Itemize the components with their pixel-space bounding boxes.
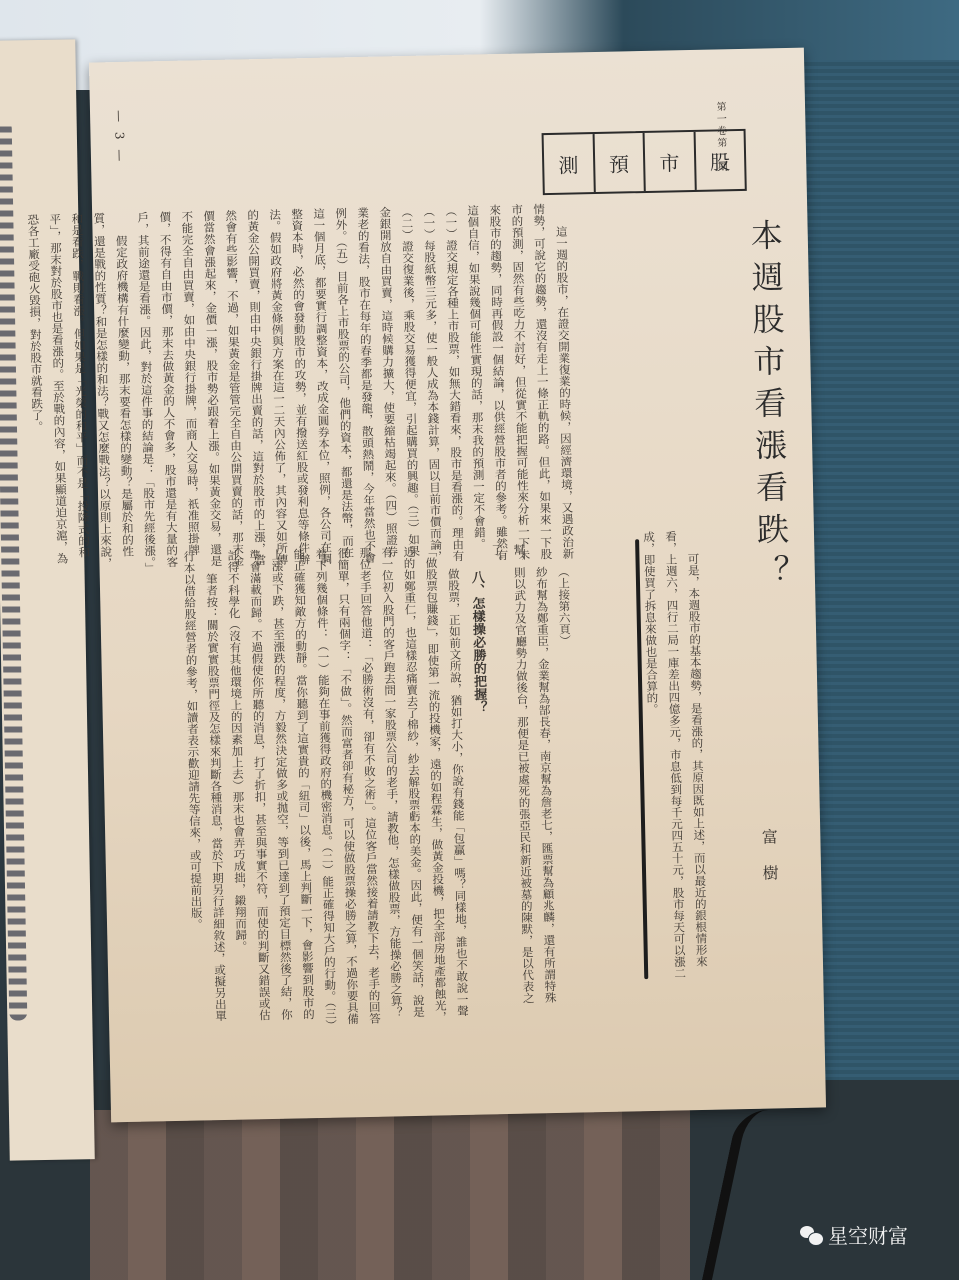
paragraph: 紗布幫為鄭重臣，金業幫為郜長春，南京幫為詹老七，匯票幫為顧兆麟，還有所謂特殊幫，… [486, 543, 562, 1024]
watermark: 星空财富 [800, 1220, 908, 1249]
column-header-box: 股 市 預 測 [542, 129, 747, 195]
paragraph: 這一週的股市，在證交開業復業的時候，因經濟環境，又遇政治新情勢，可說它的趨勢，還… [132, 203, 579, 572]
article-title: 本週股市看漲看跌？ [741, 218, 795, 597]
document-page: 第一卷第一期 — 3 — 股 市 預 測 本週股市看漲看跌？ 富樹 這一週的股市… [89, 48, 826, 1123]
column-header-char: 市 [643, 132, 695, 191]
paragraph: 做股票，正如前文所說，猶如打大小，你說有錢能「包贏」嗎？同樣地，誰也不敢說一聲「… [222, 545, 474, 1030]
left-facing-page [0, 39, 95, 1160]
paragraph: 假定政府機構有什麼變動，那末要看怎樣的變動？是屬於和的性質，還是戰的性質？和是怎… [22, 212, 140, 574]
column-header-char: 股 [693, 131, 745, 190]
column-header-char: 預 [592, 133, 644, 192]
author-name: 富樹 [757, 828, 782, 900]
wechat-icon [800, 1226, 822, 1244]
continued-article: （上接第六頁） 紗布幫為鄭重臣，金業幫為郜長春，南京幫為詹老七，匯票幫為顧兆麟，… [178, 543, 584, 1031]
watermark-text: 星空财富 [828, 1220, 908, 1249]
article-body-top: 這一週的股市，在證交開業復業的時候，因經濟環境，又遇政治新情勢，可說它的趨勢，還… [22, 203, 579, 574]
column-header-char: 測 [544, 134, 594, 193]
paragraph: 可是，本週股市的基本趨勢，是看漲的，其原因既如上述，而以最近的銀根情形來看，上週… [638, 530, 713, 981]
page-number: — 3 — [112, 110, 127, 165]
article-body-right: 可是，本週股市的基本趨勢，是看漲的，其原因既如上述，而以最近的銀根情形來看，上週… [638, 530, 713, 981]
pixelated-region [90, 1110, 690, 1280]
